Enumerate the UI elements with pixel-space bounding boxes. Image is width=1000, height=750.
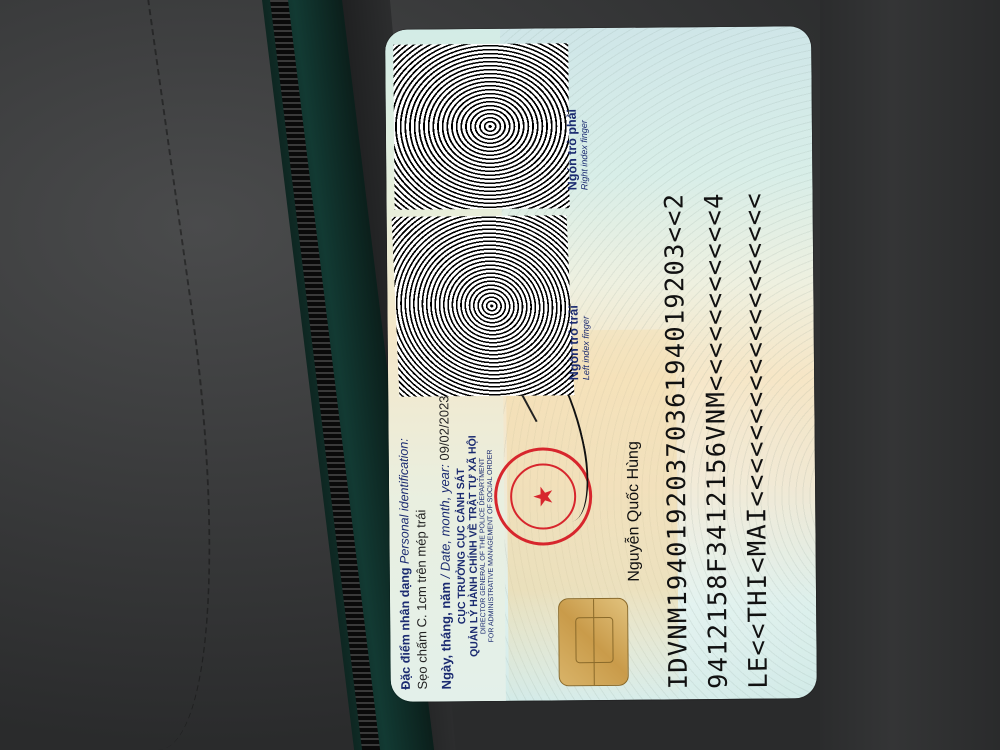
label-vi: Đặc điểm nhân dạng (398, 567, 413, 689)
issue-date: Ngày, tháng, năm / Date, month, year: 09… (436, 395, 454, 689)
issue-date-label: Ngày, tháng, năm (438, 582, 454, 690)
issue-date-label-en: / Date, month, year: (437, 464, 453, 578)
right-index-fingerprint (393, 43, 569, 210)
signer-name: Nguyễn Quốc Hùng (625, 441, 644, 582)
left-index-fingerprint (392, 215, 575, 396)
issue-date-value: 09/02/2023 (436, 395, 452, 460)
mrz-line-3: LE<<THI<MAI<<<<<<<<<<<<<<<<<<< (735, 192, 779, 689)
id-card-back: Đặc điểm nhân dạng Personal identificati… (385, 26, 817, 702)
left-finger-label-en: Left index finger (581, 316, 592, 380)
mrz-line-1: IDVNM1940192037036194019203<<2 (655, 193, 699, 690)
issuer-title: CỤC TRƯỞNG CỤC CẢNH SÁT QUẢN LÝ HÀNH CHÍ… (455, 431, 497, 661)
right-finger-label: Ngón trỏ phải Right index finger (566, 109, 591, 190)
fabric-bag-right-panel (820, 0, 1000, 750)
personal-identification-label: Đặc điểm nhân dạng Personal identificati… (396, 390, 413, 690)
personal-identification: Đặc điểm nhân dạng Personal identificati… (396, 390, 430, 690)
left-finger-label-vi: Ngón trỏ trái (567, 305, 580, 380)
smart-chip (558, 598, 629, 687)
left-finger-label: Ngón trỏ trái Left index finger (567, 305, 592, 380)
label-en: Personal identification: (397, 438, 412, 564)
mrz-line-2: 9412158F3412156VNM<<<<<<<<<<<4 (695, 192, 739, 689)
machine-readable-zone: IDVNM1940192037036194019203<<29412158F34… (655, 192, 779, 690)
right-finger-label-en: Right index finger (579, 120, 590, 190)
personal-identification-value: Sẹo chấm C. 1cm trên mép trái (412, 390, 430, 690)
right-finger-label-vi: Ngón trỏ phải (566, 109, 579, 190)
